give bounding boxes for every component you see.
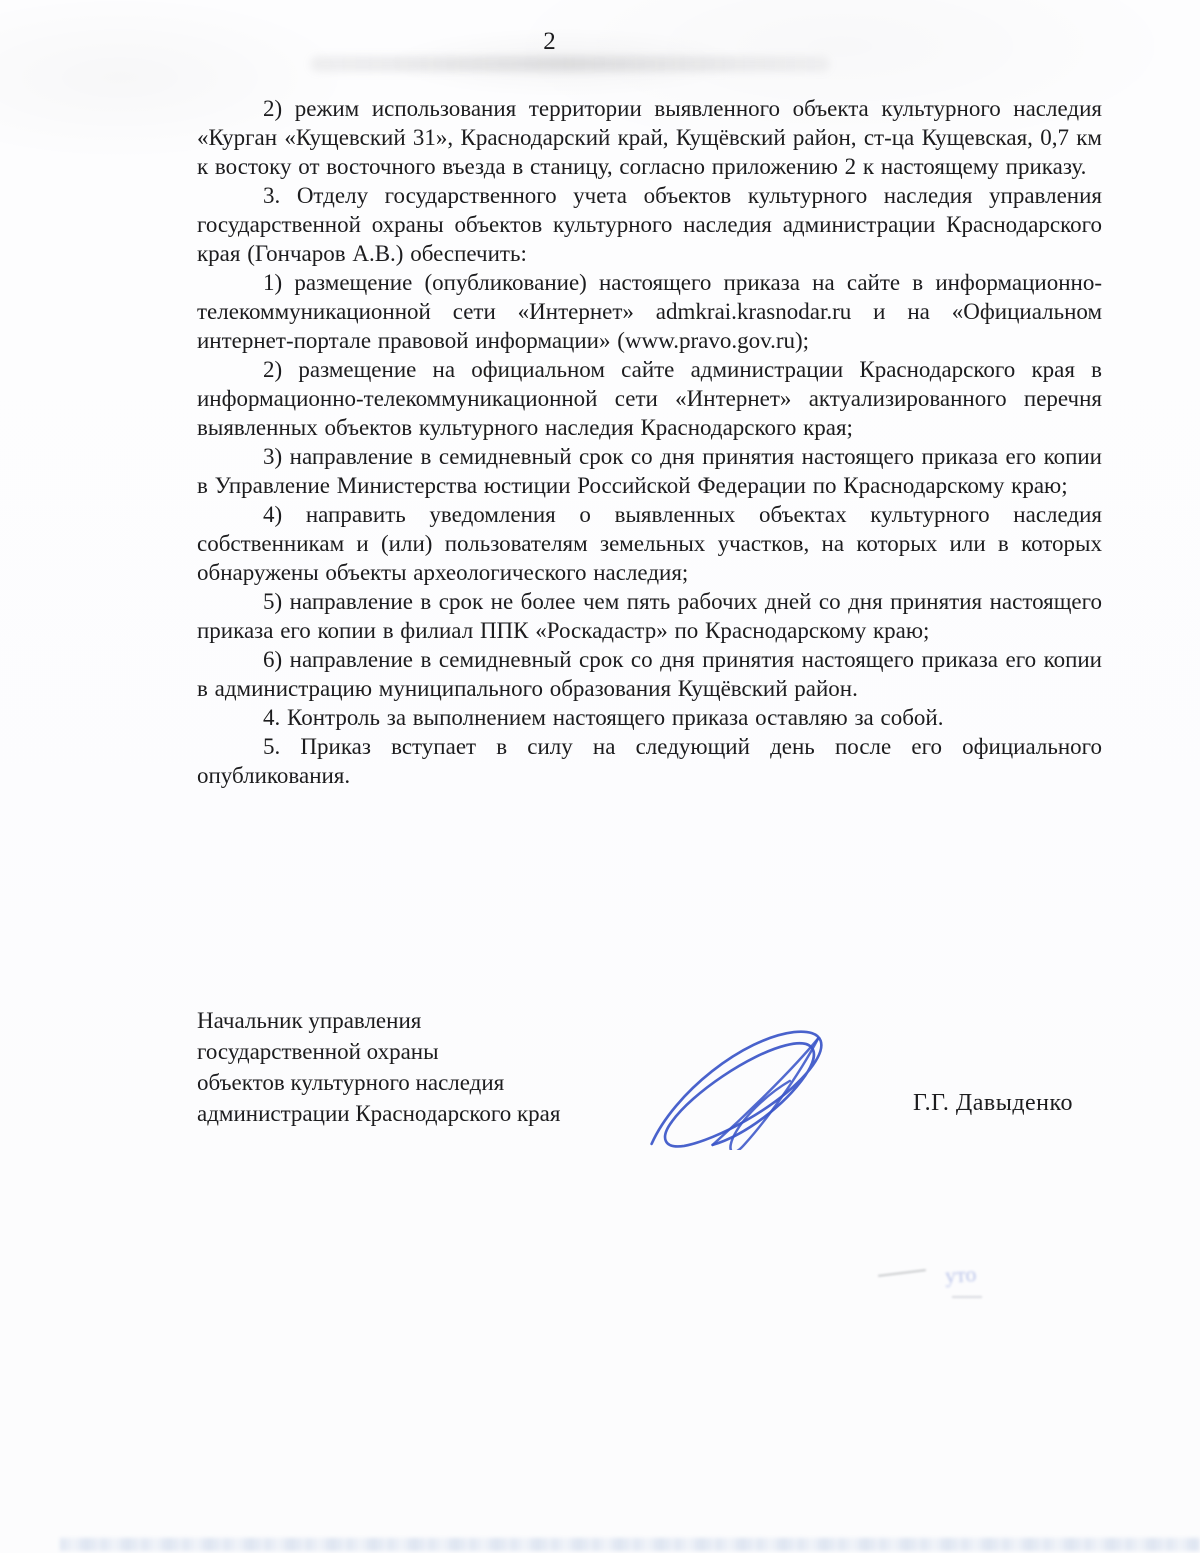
signatory-title-line: администрации Краснодарского края xyxy=(197,1098,560,1129)
scan-smear-artifact xyxy=(310,56,830,72)
document-page: 2 2) режим использования территории выяв… xyxy=(0,0,1200,1553)
signatory-title-block: Начальник управления государственной охр… xyxy=(197,1005,560,1129)
paragraph-subitem-1-publication: 1) размещение (опубликование) настоящего… xyxy=(197,268,1102,355)
ink-bleed-artifact: уто xyxy=(944,1261,977,1289)
paragraph-subitem-5-roskadastr: 5) направление в срок не более чем пять … xyxy=(197,587,1102,645)
paragraph-point-5-effective: 5. Приказ вступает в силу на следующий д… xyxy=(197,732,1102,790)
document-body: 2) режим использования территории выявле… xyxy=(197,94,1102,790)
paragraph-item-2-regime: 2) режим использования территории выявле… xyxy=(197,94,1102,181)
signature-stroke xyxy=(713,1038,819,1145)
signatory-title-line: объектов культурного наследия xyxy=(197,1067,560,1098)
signatory-name: Г.Г. Давыденко xyxy=(913,1090,1073,1117)
signatory-title-line: Начальник управления xyxy=(197,1005,560,1036)
scan-bleed-band-artifact xyxy=(60,1538,1200,1551)
pencil-mark-artifact xyxy=(952,1296,982,1298)
paragraph-subitem-3-justice: 3) направление в семидневный срок со дня… xyxy=(197,442,1102,500)
paragraph-point-3: 3. Отделу государственного учета объекто… xyxy=(197,181,1102,268)
paragraph-subitem-6-municipality: 6) направление в семидневный срок со дня… xyxy=(197,645,1102,703)
paragraph-point-4-control: 4. Контроль за выполнением настоящего пр… xyxy=(197,703,1102,732)
pencil-mark-artifact xyxy=(878,1269,926,1277)
handwritten-signature xyxy=(645,1028,890,1150)
signatory-title-line: государственной охраны xyxy=(197,1036,560,1067)
page-number: 2 xyxy=(0,28,1100,56)
paragraph-subitem-2-site: 2) размещение на официальном сайте админ… xyxy=(197,355,1102,442)
paragraph-subitem-4-notices: 4) направить уведомления о выявленных об… xyxy=(197,500,1102,587)
